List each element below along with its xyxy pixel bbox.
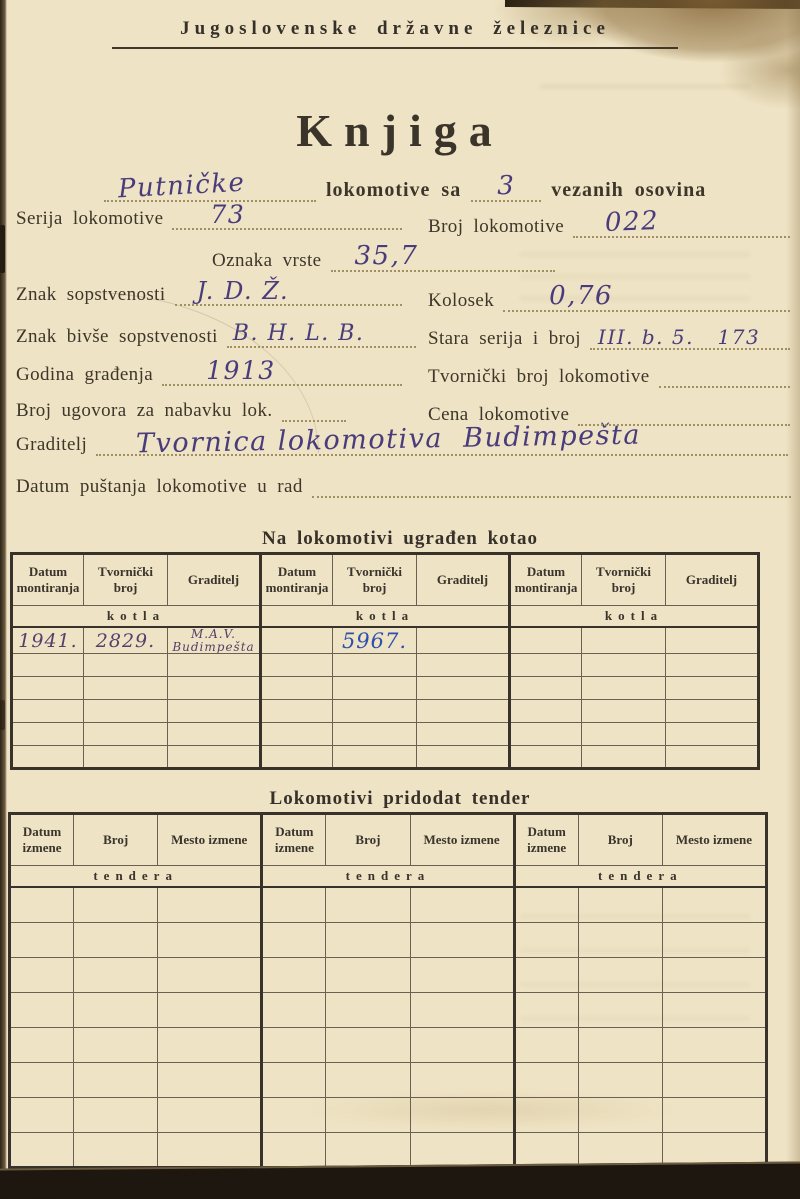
col-header-tvornicki-broj: Tvornički broj [84, 554, 168, 606]
col-header-broj: Broj [326, 814, 410, 866]
col-header-mesto-izmene: Mesto izmene [662, 814, 766, 866]
table-cell [326, 887, 410, 922]
table-cell [510, 723, 582, 746]
table-cell [514, 1097, 578, 1132]
table-cell [158, 1097, 262, 1132]
table-row [12, 746, 759, 769]
table-cell [84, 723, 168, 746]
table-cell: 2829. [84, 627, 168, 654]
table-cell [74, 887, 158, 922]
table-cell [262, 1132, 326, 1167]
table-row [10, 1062, 767, 1097]
tender-table-title: Lokomotivi pridodat tender [0, 788, 800, 810]
table-cell [662, 922, 766, 957]
table-cell [582, 677, 666, 700]
table-cell [12, 723, 84, 746]
page-title: Knjiga [0, 104, 800, 157]
table-row [10, 922, 767, 957]
table-cell [262, 992, 326, 1027]
table-cell [662, 992, 766, 1027]
field-broj-ugovora: Broj ugovora za nabavku lok. [16, 396, 346, 422]
table-cell [514, 887, 578, 922]
field-znak-bivse-sopstvenosti: Znak bivše sopstvenosti B. H. L. B. [16, 322, 416, 348]
table-cell [158, 1027, 262, 1062]
table-cell [10, 1132, 74, 1167]
table-cell [12, 700, 84, 723]
col-header-datum-izmene: Datum izmene [10, 814, 74, 866]
table-cell [582, 700, 666, 723]
table-cell [326, 1132, 410, 1167]
scan-edge-shadow [505, 0, 800, 9]
field-graditelj: Graditelj Tvornica lokomotiva Budimpešta [16, 430, 788, 456]
table-cell [261, 723, 333, 746]
table-cell [262, 1062, 326, 1097]
axle-count-blank: 3 [471, 166, 541, 202]
table-cell [326, 1062, 410, 1097]
table-cell [262, 922, 326, 957]
table-row [12, 654, 759, 677]
table-cell [158, 1062, 262, 1097]
loco-type-handwritten: Putničke [117, 170, 246, 203]
table-cell [510, 654, 582, 677]
table-cell [10, 957, 74, 992]
table-cell [410, 1062, 514, 1097]
table-cell [417, 723, 510, 746]
subheader-kotla: kotla [261, 606, 510, 628]
table-cell [417, 627, 510, 654]
table-cell [514, 957, 578, 992]
table-cell [10, 1097, 74, 1132]
col-header-tvornicki-broj: Tvornički broj [333, 554, 417, 606]
field-oznaka-vrste: Oznaka vrste 35,7 [212, 246, 555, 272]
table-cell [84, 654, 168, 677]
table-cell [84, 700, 168, 723]
table-cell [666, 677, 759, 700]
col-header-mesto-izmene: Mesto izmene [410, 814, 514, 866]
table-cell [326, 1097, 410, 1132]
table-cell [261, 700, 333, 723]
ink-bleedthrough [540, 70, 750, 88]
table-cell [333, 746, 417, 769]
table-cell [582, 627, 666, 654]
col-header-graditelj: Graditelj [168, 554, 261, 606]
subtitle-line: Putničke lokomotive sa 3 vezanih osovina [104, 166, 734, 202]
table-cell [326, 992, 410, 1027]
table-cell [510, 677, 582, 700]
col-header-mesto-izmene: Mesto izmene [158, 814, 262, 866]
spine-mark [0, 225, 5, 273]
table-cell [158, 922, 262, 957]
table-cell [262, 887, 326, 922]
table-cell [666, 654, 759, 677]
table-cell [158, 1132, 262, 1167]
table-cell [417, 746, 510, 769]
table-cell [261, 746, 333, 769]
table-cell [578, 992, 662, 1027]
table-cell [74, 922, 158, 957]
table-cell [261, 627, 333, 654]
table-cell [578, 887, 662, 922]
col-header-datum-montiranja: Datum montiranja [510, 554, 582, 606]
axle-count-handwritten: 3 [497, 173, 515, 199]
field-datum-pustanja: Datum puštanja lokomotive u rad [16, 472, 791, 498]
field-tvornicki-broj: Tvornički broj lokomotive [428, 362, 790, 388]
table-cell [12, 677, 84, 700]
table-cell: M.A.V. Budimpešta [168, 627, 261, 654]
table-cell [168, 746, 261, 769]
boiler-table: Datum montiranja Tvornički broj Graditel… [10, 552, 760, 770]
table-cell [333, 700, 417, 723]
table-cell [578, 922, 662, 957]
spine-mark [0, 700, 5, 730]
table-cell [514, 1132, 578, 1167]
table-row [10, 1132, 767, 1167]
table-cell [262, 1097, 326, 1132]
table-cell [12, 746, 84, 769]
table-row [10, 992, 767, 1027]
table-cell [158, 957, 262, 992]
table-cell [168, 654, 261, 677]
table-cell [578, 1062, 662, 1097]
col-header-datum-montiranja: Datum montiranja [261, 554, 333, 606]
table-cell [262, 1027, 326, 1062]
col-header-broj: Broj [74, 814, 158, 866]
table-cell [582, 654, 666, 677]
table-cell [662, 1062, 766, 1097]
table-cell [666, 700, 759, 723]
table-cell [10, 922, 74, 957]
scanned-registry-page: Jugoslovenske državne železnice Knjiga P… [0, 0, 800, 1187]
field-serija-lokomotive: Serija lokomotive 73 [16, 204, 402, 230]
page-edge-shade [786, 0, 800, 1187]
railway-header: Jugoslovenske državne železnice [112, 18, 678, 49]
table-cell [666, 627, 759, 654]
table-cell [10, 1062, 74, 1097]
table-cell [158, 887, 262, 922]
table-row [10, 887, 767, 922]
field-broj-lokomotive: Broj lokomotive 022 [428, 212, 790, 238]
table-cell [662, 887, 766, 922]
table-cell [578, 957, 662, 992]
table-cell [578, 1132, 662, 1167]
table-cell [74, 957, 158, 992]
table-row [10, 1027, 767, 1062]
table-cell [666, 723, 759, 746]
tender-table: Datum izmene Broj Mesto izmene Datum izm… [8, 812, 768, 1169]
table-cell [510, 746, 582, 769]
table-row [12, 677, 759, 700]
subheader-kotla: kotla [12, 606, 261, 628]
table-cell [74, 1132, 158, 1167]
table-cell [514, 922, 578, 957]
table-cell [410, 957, 514, 992]
table-row [12, 723, 759, 746]
table-cell [333, 654, 417, 677]
table-cell [417, 700, 510, 723]
table-cell [168, 700, 261, 723]
table-cell [410, 1097, 514, 1132]
subtitle-mid-label: lokomotive sa [316, 179, 471, 202]
table-cell [417, 654, 510, 677]
table-cell [326, 957, 410, 992]
col-header-datum-izmene: Datum izmene [514, 814, 578, 866]
col-header-datum-montiranja: Datum montiranja [12, 554, 84, 606]
subheader-tendera: tendera [514, 866, 766, 888]
table-cell [261, 654, 333, 677]
table-cell [514, 1062, 578, 1097]
col-header-tvornicki-broj: Tvornički broj [582, 554, 666, 606]
table-cell [84, 677, 168, 700]
table-cell: 5967. [333, 627, 417, 654]
table-cell [514, 992, 578, 1027]
table-cell [662, 957, 766, 992]
table-row [12, 700, 759, 723]
field-stara-serija-i-broj: Stara serija i broj III. b. 5. 173 [428, 324, 790, 350]
table-cell [510, 627, 582, 654]
table-cell [84, 746, 168, 769]
table-cell [417, 677, 510, 700]
table-cell [10, 992, 74, 1027]
field-znak-sopstvenosti: Znak sopstvenosti J. D. Ž. [16, 280, 402, 306]
table-cell [582, 746, 666, 769]
table-cell [10, 1027, 74, 1062]
table-row [10, 1097, 767, 1132]
table-cell [582, 723, 666, 746]
table-cell [333, 677, 417, 700]
table-cell [662, 1027, 766, 1062]
table-cell [578, 1027, 662, 1062]
table-cell [514, 1027, 578, 1062]
table-cell [510, 700, 582, 723]
col-header-graditelj: Graditelj [417, 554, 510, 606]
col-header-datum-izmene: Datum izmene [262, 814, 326, 866]
table-cell [74, 992, 158, 1027]
table-row: 1941.2829.M.A.V. Budimpešta5967. [12, 627, 759, 654]
table-cell [74, 1062, 158, 1097]
table-cell [168, 723, 261, 746]
field-godina-gradjenja: Godina građenja 1913 [16, 360, 402, 386]
table-cell [326, 1027, 410, 1062]
table-cell [333, 723, 417, 746]
table-cell [10, 887, 74, 922]
boiler-table-title: Na lokomotivi ugrađen kotao [0, 528, 800, 550]
table-row [10, 957, 767, 992]
table-cell [410, 992, 514, 1027]
table-cell [578, 1097, 662, 1132]
table-cell [410, 887, 514, 922]
field-kolosek: Kolosek 0,76 [428, 286, 790, 312]
table-cell [662, 1097, 766, 1132]
col-header-broj: Broj [578, 814, 662, 866]
table-cell [12, 654, 84, 677]
table-cell [410, 922, 514, 957]
subheader-tendera: tendera [10, 866, 262, 888]
subheader-tendera: tendera [262, 866, 514, 888]
table-cell [326, 922, 410, 957]
field-cena-lokomotive: Cena lokomotive [428, 400, 790, 426]
table-cell [410, 1027, 514, 1062]
table-cell [410, 1132, 514, 1167]
col-header-graditelj: Graditelj [666, 554, 759, 606]
table-cell: 1941. [12, 627, 84, 654]
table-cell [262, 957, 326, 992]
table-cell [168, 677, 261, 700]
table-cell [74, 1097, 158, 1132]
book-spine-edge [0, 0, 7, 1187]
table-cell [74, 1027, 158, 1062]
subtitle-end-label: vezanih osovina [541, 179, 716, 202]
table-cell [158, 992, 262, 1027]
table-cell [261, 677, 333, 700]
subheader-kotla: kotla [510, 606, 759, 628]
table-cell [666, 746, 759, 769]
loco-type-blank: Putničke [104, 166, 316, 202]
